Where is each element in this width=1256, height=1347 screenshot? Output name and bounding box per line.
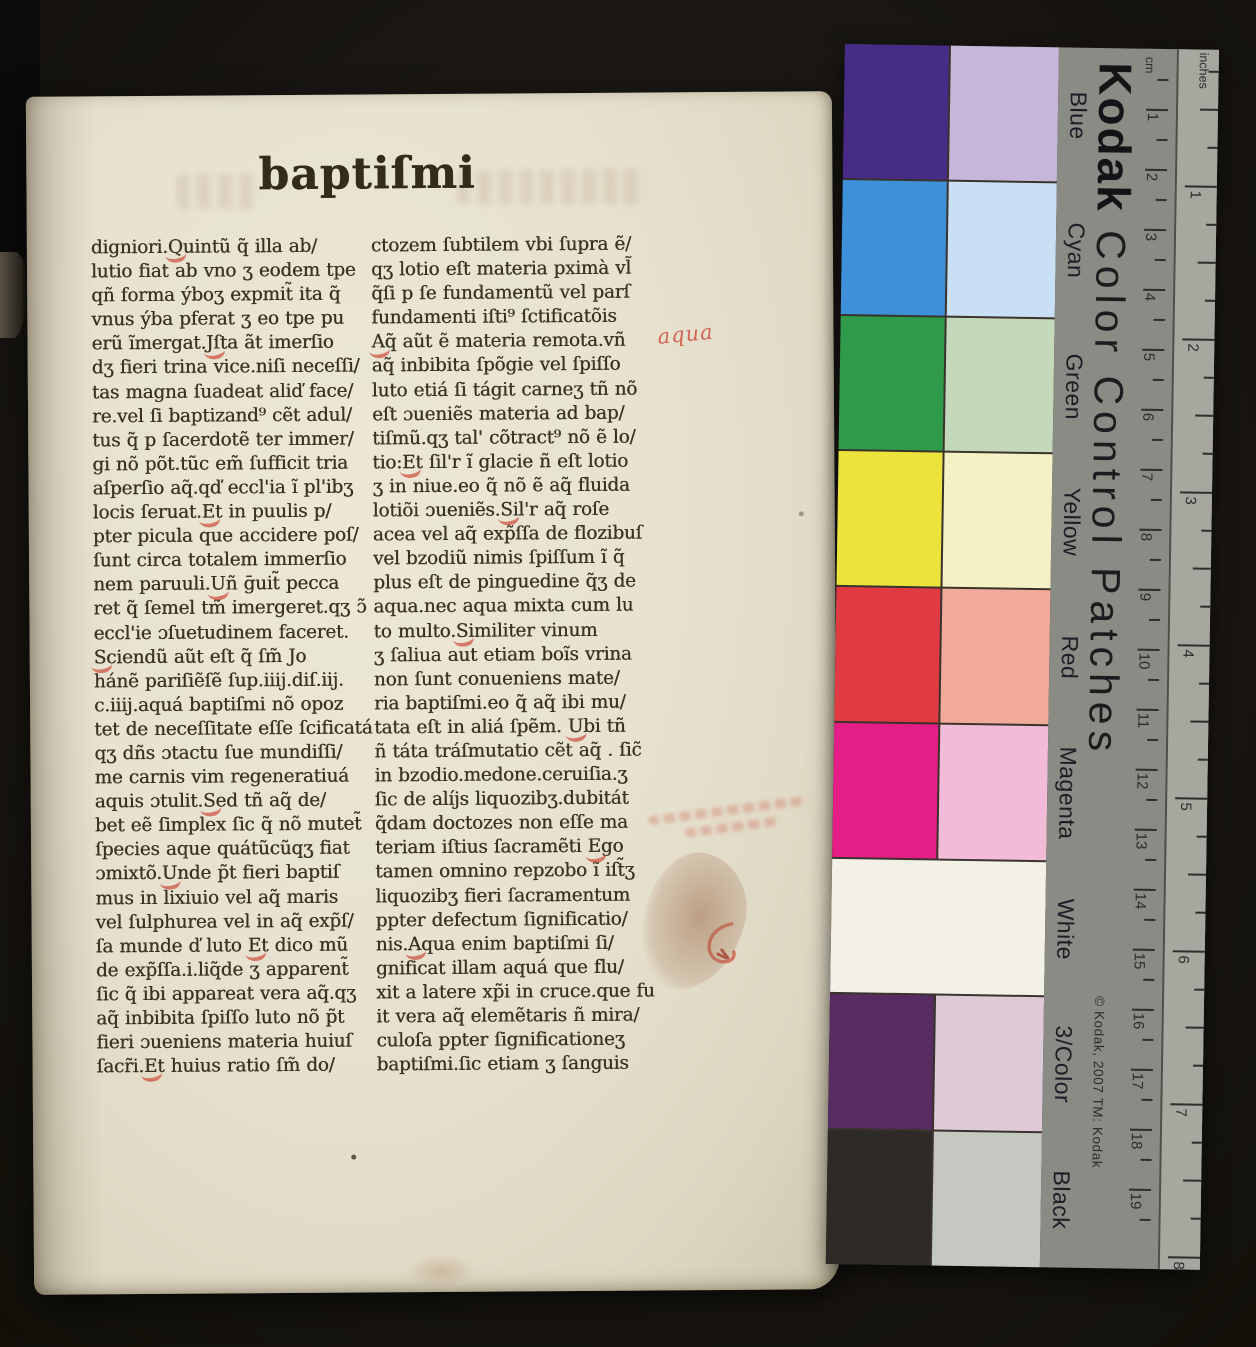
card-gray-panel: BlueCyanGreenYellowRedMagentaWhite3/Colo…: [1040, 47, 1219, 1269]
text-line: tus q̃ p ſacerdotẽ ter immer/: [92, 427, 388, 453]
ruler-tick: [1150, 559, 1161, 561]
cm-number: 7: [1138, 473, 1155, 482]
text-line: me carnis vim regeneratiuá: [95, 764, 391, 790]
ruler-tick: [1140, 1219, 1151, 1221]
cm-number: 17: [1129, 1073, 1146, 1090]
ruler-tick: [1186, 1026, 1204, 1028]
text-line: fundamenti iſti⁹ ſctificatõis: [371, 305, 667, 331]
ruler-tick: [1131, 1069, 1153, 1071]
text-line: ʒ in niue.eo q̃ nõ ẽ aq̃ fluida: [372, 473, 668, 499]
patch-tint: [947, 181, 1057, 316]
text-line: bet eẽ ſimplex ſic q̃ nõ mutet̃: [95, 813, 391, 839]
text-line: it vera aq̃ elemẽtaris ñ mira/: [376, 1003, 672, 1029]
ruler-tick: [1144, 229, 1166, 231]
text-line: q̃dam doctozes non eſſe ma: [375, 811, 671, 837]
text-line: aq̃ inbibita ſpõgie vel ſpiſſo: [372, 353, 668, 379]
ruler-tick: [1138, 649, 1160, 651]
ruler-tick: [1200, 109, 1218, 111]
ruler-tick: [1144, 919, 1155, 921]
patch-tint: [949, 46, 1059, 181]
text-column-left: digniori.Quintũ q̃ illa ab/lutio fiat ab…: [91, 234, 393, 1079]
text-line: lutio fiat ab vno ʒ eodem tpe: [91, 258, 387, 284]
kodak-color-card: BlueCyanGreenYellowRedMagentaWhite3/Colo…: [826, 44, 1219, 1270]
ruler-tick: [1132, 1009, 1154, 1011]
text-line: tata eſt in aliá ſpẽm. Ubi tñ: [374, 714, 670, 740]
ruler-tick: [1203, 453, 1213, 455]
text-line: non ſunt conueniens mate/: [374, 666, 670, 692]
patch-white: [830, 859, 1046, 996]
cm-number: 2: [1143, 173, 1160, 182]
text-line: aqua.nec aqua mixta cum lu: [373, 594, 669, 620]
faded-marginal-note: [647, 788, 811, 850]
card-copyright: © Kodak, 2007 TM: Kodak: [1089, 996, 1107, 1168]
ruler-tick: [1145, 859, 1156, 861]
page-title: baptiſmi: [258, 152, 488, 198]
text-line: eſt ɔueniẽs materia ad bap/: [372, 401, 668, 427]
text-line: fieri ɔueniens materia huiuſ: [96, 1029, 392, 1055]
ruler-tick: [1198, 262, 1216, 264]
ruler-tick: [1209, 70, 1219, 72]
text-line: ctozem ſubtilem vbi ſupra ẽ/: [371, 232, 667, 258]
ruler-tick: [1155, 259, 1166, 261]
text-line: lotiõi ɔueniẽs.Sil'r aq̃ roſe: [373, 497, 669, 523]
patch-row: [834, 587, 1050, 724]
ruler-tick: [1195, 415, 1213, 417]
text-line: pter picula que accidere poſ/: [93, 523, 389, 549]
cm-number: 16: [1130, 1013, 1147, 1030]
ruler-tick: [1142, 1039, 1153, 1041]
ruler-tick: [1205, 300, 1215, 302]
text-line: tet de neceſſitate eſſe ſcificatá: [94, 716, 390, 742]
ruler-tick: [1192, 1141, 1202, 1143]
cm-number: 11: [1134, 713, 1151, 729]
text-line: c.iiij.aquá baptiſmi nõ opoz: [94, 692, 390, 718]
text-line: ret q̃ ſemel tm̃ imergeret.qʒ ɔ̃: [93, 596, 389, 622]
ruler-tick: [1198, 759, 1208, 761]
ruler-tick: [1206, 223, 1216, 225]
inch-number: 7: [1172, 1108, 1189, 1117]
ruler-tick: [1157, 139, 1168, 141]
text-line: hánẽ pariſiẽſẽ ſup.iiij.diſ.iij.: [94, 668, 390, 694]
cm-number: 8: [1137, 533, 1154, 542]
text-line: ſacr̃i.Et huius ratio ſm̃ do/: [97, 1053, 393, 1079]
ruler-tick: [1197, 835, 1207, 837]
inch-number: 4: [1179, 649, 1196, 658]
ruler-tick: [1200, 606, 1210, 608]
patch-blue: [843, 44, 949, 179]
inch-number: 8: [1170, 1261, 1187, 1270]
cm-number: 18: [1128, 1133, 1145, 1150]
text-line: dʒ fieri trina vice.niſi neceſſi/: [92, 355, 388, 381]
ruler-tick: [1193, 568, 1211, 570]
text-line: luto etiá ſi tágit carneʒ tñ nõ: [372, 377, 668, 403]
ruler-tick: [1136, 769, 1158, 771]
patch-row: [841, 180, 1057, 317]
text-line: vnus ýba pferat ʒ eo tpe pu: [91, 307, 387, 333]
page-stack-edge: [0, 252, 26, 338]
text-line: ʒ ſaliua aut etiam boĩs vrina: [374, 642, 670, 668]
text-line: ſa munde ď luto Et dico mũ: [96, 933, 392, 959]
text-line: xit a latere xp̃i in cruce.que fu: [376, 979, 672, 1005]
ruler-tick: [1141, 409, 1163, 411]
ruler-tick: [1139, 529, 1161, 531]
text-line: digniori.Quintũ q̃ illa ab/: [91, 234, 387, 260]
ruler-tick: [1147, 739, 1158, 741]
patch-row: [828, 994, 1044, 1131]
ruler-edge-strip: [1158, 49, 1219, 1270]
card-title-text: Color Control Patches: [1080, 212, 1135, 757]
text-line: tio:Et ſil'r ĩ glacie ñ eſt lotio: [372, 449, 668, 475]
text-line: qñ forma ýboʒ expmit̃ ita q̃: [91, 282, 387, 308]
patch-3-color: [828, 994, 934, 1129]
ruler-tick: [1146, 109, 1168, 111]
patch-row: [832, 723, 1048, 860]
text-line: aq̃ inbibita ſpiſſo luto nõ p̃t: [96, 1005, 392, 1031]
cm-number: 13: [1132, 833, 1149, 850]
ruler-tick: [1133, 949, 1155, 951]
text-line: gi nõ põt.tũc em̃ ſufficit tria: [92, 451, 388, 477]
text-line: aſperſio aq̃.qď eccl'ia ĩ pl'ibʒ: [92, 475, 388, 501]
patch-tint: [940, 589, 1050, 724]
cm-number: 9: [1136, 593, 1153, 602]
text-line: vel bzodiũ nimis ſpiſſum ĩ q̃: [373, 546, 669, 572]
text-line: ſpecies aque quátũcũqʒ fiat: [95, 837, 391, 863]
ruler-tick: [1204, 376, 1214, 378]
patch-tint: [934, 996, 1044, 1131]
inch-number: 5: [1177, 802, 1194, 811]
patch-green: [839, 316, 945, 451]
ruler-tick: [1141, 1099, 1152, 1101]
text-line: ñ táta tráſmutatio cẽt aq̃ . ſic̃: [374, 738, 670, 764]
patch-tint: [942, 453, 1052, 588]
text-line: to multo.Similiter vinum: [373, 618, 669, 644]
text-line: eccl'ie ɔſuetudinem faceret.: [93, 620, 389, 646]
ruler-tick: [1149, 619, 1160, 621]
ruler-tick: [1143, 979, 1154, 981]
cm-number: 5: [1140, 353, 1157, 362]
ruler-tick: [1140, 469, 1162, 471]
patch-red: [834, 587, 940, 722]
text-line: q̃ſi p ſe fundamentũ vel parſ: [371, 281, 667, 307]
text-line: baptiſmi.ſic etiam ʒ ſanguis: [377, 1052, 673, 1078]
ruler-tick: [1154, 319, 1165, 321]
text-line: teriam iſtius ſacramẽti Ego: [375, 835, 671, 861]
ruler-tick: [1148, 679, 1159, 681]
text-line: tas magna ſuadeat aliď face/: [92, 379, 388, 405]
text-line: ɔmixtõ.Unde p̃t fieri baptiſ: [95, 861, 391, 887]
photo-scene: baptiſmi digniori.Quintũ q̃ illa ab/luti…: [0, 0, 1256, 1347]
ruler-tick: [1129, 1189, 1151, 1191]
ruler-tick: [1183, 1179, 1201, 1181]
inch-number: 1: [1187, 190, 1204, 199]
ruler-tick: [1152, 439, 1163, 441]
text-line: locis ſeruat.Et in puulis p/: [93, 499, 389, 525]
ruler-tick: [1193, 1065, 1203, 1067]
inch-number: 6: [1175, 955, 1192, 964]
text-line: culoſa ppter ſignificationeʒ: [376, 1027, 672, 1053]
foxing-spot: [351, 1155, 356, 1160]
patch-row: [826, 1130, 1042, 1267]
cm-unit-label: cm: [1143, 57, 1157, 74]
text-line: ſic q̃ ibi appareat vera aq̃.qʒ: [96, 981, 392, 1007]
ruler-tick: [1207, 147, 1217, 149]
cm-number: 3: [1142, 233, 1159, 242]
cm-number: 19: [1127, 1193, 1144, 1210]
patch-tint: [932, 1132, 1042, 1267]
text-line: aquis ɔtulit.Sed tñ aq̃ de/: [95, 788, 391, 814]
cm-number: 6: [1139, 413, 1156, 422]
ruler-tick: [1146, 799, 1157, 801]
patch-row: [839, 316, 1055, 453]
patch-yellow: [837, 451, 943, 586]
patch-label: White: [1044, 861, 1086, 997]
patch-row: [837, 451, 1053, 588]
patch-tint: [945, 317, 1055, 452]
text-line: liquozibʒ fieri ſacramentum: [375, 883, 671, 909]
text-line: Aq̃ aũt ẽ materia remota.vñ: [371, 329, 667, 355]
text-line: mus in lixiuio vel aq̃ maris: [95, 885, 391, 911]
ruler-tick: [1153, 379, 1164, 381]
inch-number: 3: [1182, 496, 1199, 505]
marginal-note-aqua: aqua: [656, 320, 714, 349]
ruler-tick: [1190, 721, 1208, 723]
color-patch-grid: [826, 44, 1059, 1267]
foxing-spot: [799, 511, 804, 516]
card-brand-title: Kodak Color Control Patches: [1078, 62, 1143, 758]
text-line: qʒ lotio eſt materia pximà vl̃: [371, 256, 667, 282]
ruler-tick: [1199, 682, 1209, 684]
patch-row: [843, 44, 1059, 181]
text-line: ria baptiſmi.eo q̃ aq̃ ibi mu/: [374, 690, 670, 716]
showthrough-ghost-left: [176, 173, 256, 210]
text-line: re.vel ſi baptizand⁹ cẽt adul/: [92, 403, 388, 429]
cm-number: 1: [1144, 113, 1161, 122]
ruler-tick: [1156, 199, 1167, 201]
text-line: tiſmũ.qʒ tal' cõtract⁹ nõ ẽ lo/: [372, 425, 668, 451]
text-column-right: ctozem ſubtilem vbi ſupra ẽ/qʒ lotio eſt…: [371, 232, 673, 1077]
bottom-stain: [406, 1254, 476, 1288]
patch-cyan: [841, 180, 947, 315]
ruler-tick: [1191, 1218, 1201, 1220]
cm-number: 12: [1133, 773, 1150, 790]
cm-number: 10: [1135, 653, 1152, 670]
cm-number: 15: [1131, 953, 1148, 970]
ruler-tick: [1145, 169, 1167, 171]
patch-label: 3/Color: [1042, 996, 1084, 1132]
ruler-tick: [1137, 709, 1159, 711]
text-line: ſunt circa totalem immerſio: [93, 548, 389, 574]
text-line: qʒ dñs ɔtactu ſue mundiſſi/: [94, 740, 390, 766]
ruler-tick: [1195, 912, 1205, 914]
inch-number: 2: [1184, 343, 1201, 352]
text-line: acea vel aq̃ exp̃ſſa de flozibuſ: [373, 521, 669, 547]
ruler-tick: [1142, 349, 1164, 351]
text-line: de exp̃ſſa.i.liq̃de ʒ apparent̃: [96, 957, 392, 983]
text-line: ppter defectum ſignificatio/: [376, 907, 672, 933]
patch-row: [830, 859, 1046, 996]
ruler-tick: [1138, 589, 1160, 591]
ruler-tick: [1151, 499, 1162, 501]
ruler-tick: [1194, 988, 1204, 990]
kodak-logo-text: Kodak: [1087, 62, 1141, 213]
patch-label: Black: [1040, 1132, 1082, 1268]
patch-tint: [938, 724, 1048, 859]
ruler-tick: [1143, 289, 1165, 291]
ruler-tick: [1157, 79, 1168, 81]
text-line: vel ſulphurea vel in aq̃ exp̃ſ/: [96, 909, 392, 935]
ruler-tick: [1135, 829, 1157, 831]
book-page: baptiſmi digniori.Quintũ q̃ illa ab/luti…: [26, 91, 840, 1295]
ruler-tick: [1130, 1129, 1152, 1131]
text-line: nem paruuli.Uñ ḡuit̃ pecca: [93, 572, 389, 598]
cm-number: 14: [1131, 893, 1148, 910]
ruler-tick: [1188, 873, 1206, 875]
text-line: ſic de alíjs liquozibʒ.dubitát: [375, 786, 671, 812]
patch-magenta: [832, 723, 938, 858]
text-line: tamen omnino repzobo ĩ iſt̃ʒ: [375, 859, 671, 885]
ruler-tick: [1134, 889, 1156, 891]
ruler-tick: [1140, 1159, 1151, 1161]
patch-black: [826, 1130, 932, 1265]
ruler-tick: [1201, 529, 1211, 531]
text-line: nis.Aqua enim baptiſmi ſi/: [376, 931, 672, 957]
text-line: in bzodio.medone.ceruiſia.ʒ: [374, 762, 670, 788]
text-line: Sciendũ aũt eſt q̃ ſm̃ Jo: [94, 644, 390, 670]
text-line: erũ ĩmergat.Jſta ãt imerſio: [91, 331, 387, 357]
cm-number: 4: [1141, 293, 1158, 302]
text-line: plus eſt de pinguedine q̃ʒ de: [373, 570, 669, 596]
